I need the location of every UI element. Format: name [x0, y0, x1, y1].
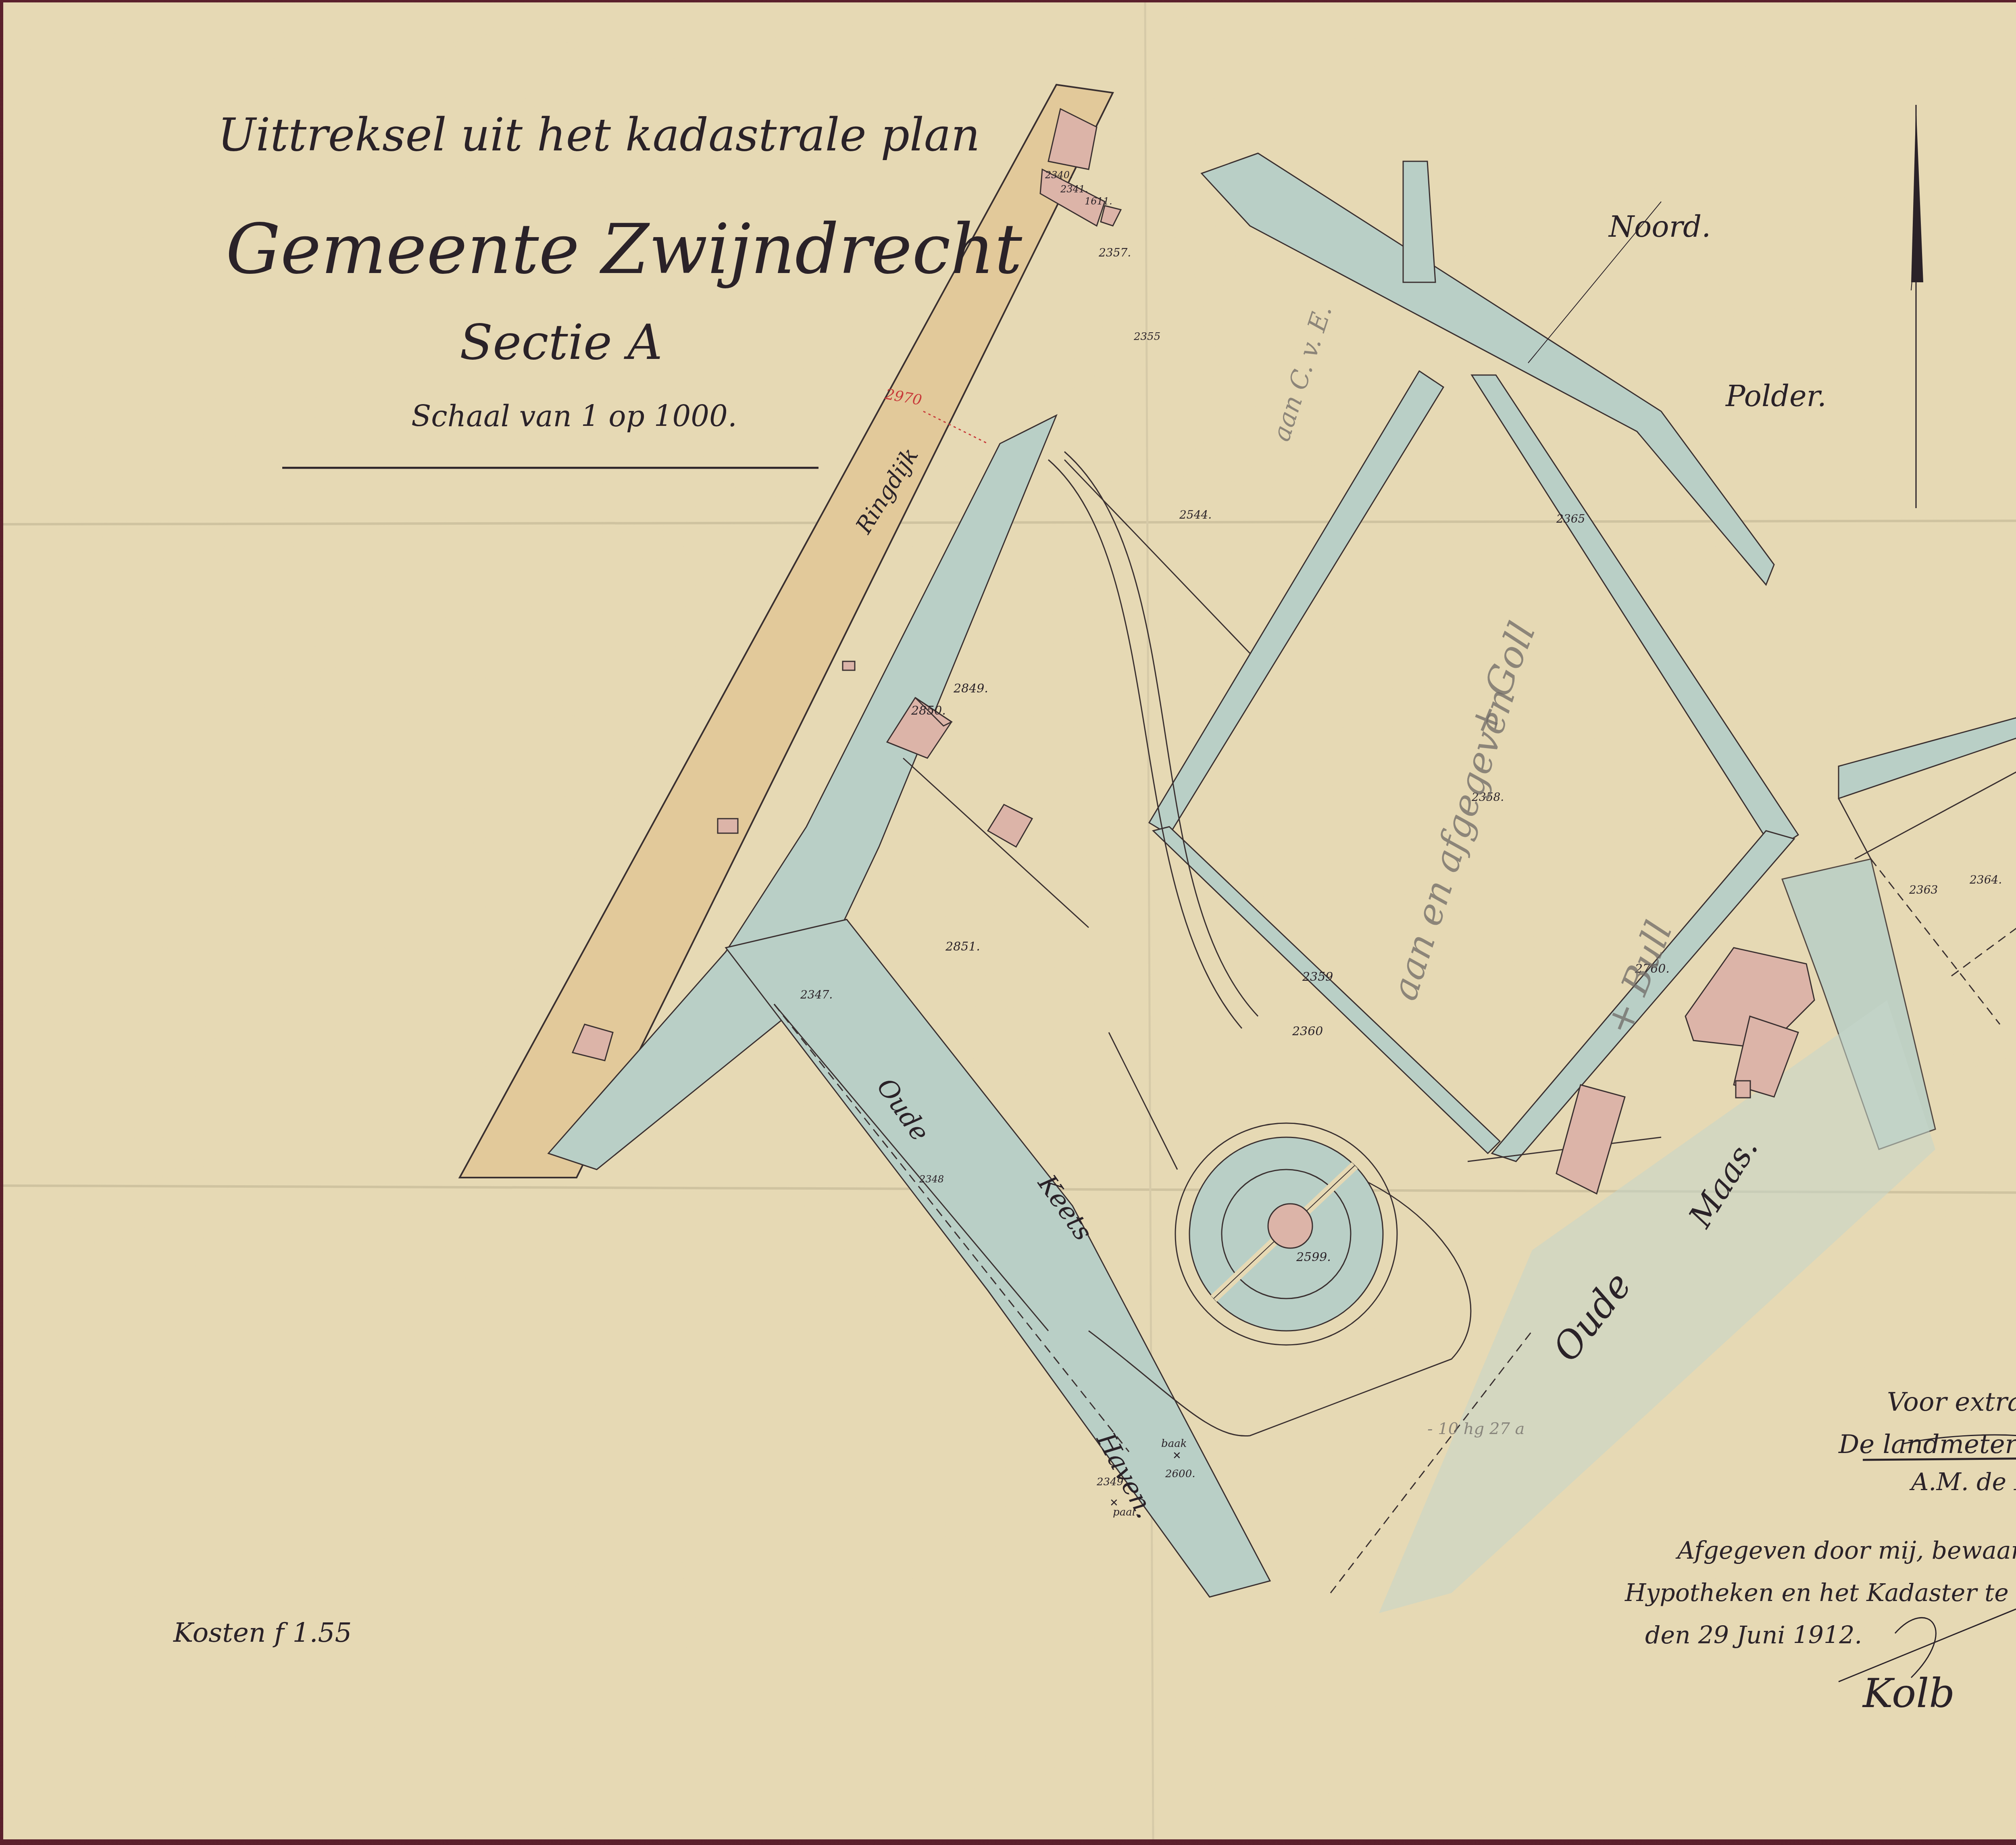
label-baak: baak: [1161, 1438, 1187, 1450]
parcel-2349: 2349: [1097, 1476, 1123, 1488]
cert-line-3: Afgegeven door mij, bewaarder van de: [1677, 1536, 2016, 1565]
cert-date: den 29 Juni 1912.: [1645, 1621, 1862, 1649]
parcel-2341: 2341.: [1060, 183, 1088, 195]
cadastral-map-sheet: Uittreksel uit het kadastrale plan Gemee…: [0, 0, 2016, 1845]
title-municipality: Gemeente Zwijndrecht: [226, 210, 1022, 290]
cost-note: Kosten f 1.55: [173, 1617, 352, 1648]
title-scale: Schaal van 1 op 1000.: [411, 399, 737, 433]
building-small-2: [718, 819, 738, 833]
building-2760-small: [1736, 1081, 1750, 1098]
parcel-2355: 2355: [1134, 331, 1160, 343]
signature-landmeter: A.M. de Prie: [1911, 1468, 2016, 1496]
title-line-1: Uittreksel uit het kadastrale plan: [218, 109, 980, 161]
signature-bewaarder: Kolb: [1863, 1670, 1955, 1717]
label-noord: Noord.: [1609, 210, 1711, 244]
parcel-2600: 2600.: [1165, 1468, 1195, 1480]
parcel-2851: 2851.: [946, 940, 980, 954]
parcel-2364: 2364.: [1970, 873, 2002, 886]
label-polder: Polder.: [1726, 379, 1826, 413]
baak-cross-icon: ✕: [1173, 1450, 1181, 1462]
parcel-1611: 1611.: [1085, 196, 1112, 207]
title-section: Sectie A: [460, 315, 662, 371]
cert-line-1: Voor extract conform: [1887, 1387, 2016, 1417]
parcel-2340: 2340.: [1045, 169, 1073, 181]
parcel-2360: 2360: [1292, 1024, 1323, 1038]
parcel-2347: 2347.: [800, 988, 833, 1001]
parcel-2849: 2849.: [954, 682, 988, 696]
parcel-2599: 2599.: [1296, 1250, 1331, 1264]
building-small-1: [843, 661, 855, 670]
cert-line-2: De landmeter van het Kadaster,: [1839, 1430, 2016, 1459]
parcel-2357: 2357.: [1099, 246, 1131, 259]
parcel-2348: 2348: [919, 1174, 944, 1185]
cert-line-4: Hypotheken en het Kadaster te Dordrecht: [1625, 1579, 2016, 1607]
pencil-note-5: - 10 hg 27 a: [1427, 1420, 1524, 1438]
parcel-2363: 2363: [1909, 883, 1938, 896]
paal-cross-icon: ✕: [1110, 1497, 1118, 1509]
parcel-2359: 2359: [1302, 970, 1333, 984]
parcel-2850: 2850.: [911, 704, 946, 718]
parcel-2544: 2544.: [1179, 508, 1212, 521]
parcel-2365: 2365: [1556, 512, 1585, 525]
